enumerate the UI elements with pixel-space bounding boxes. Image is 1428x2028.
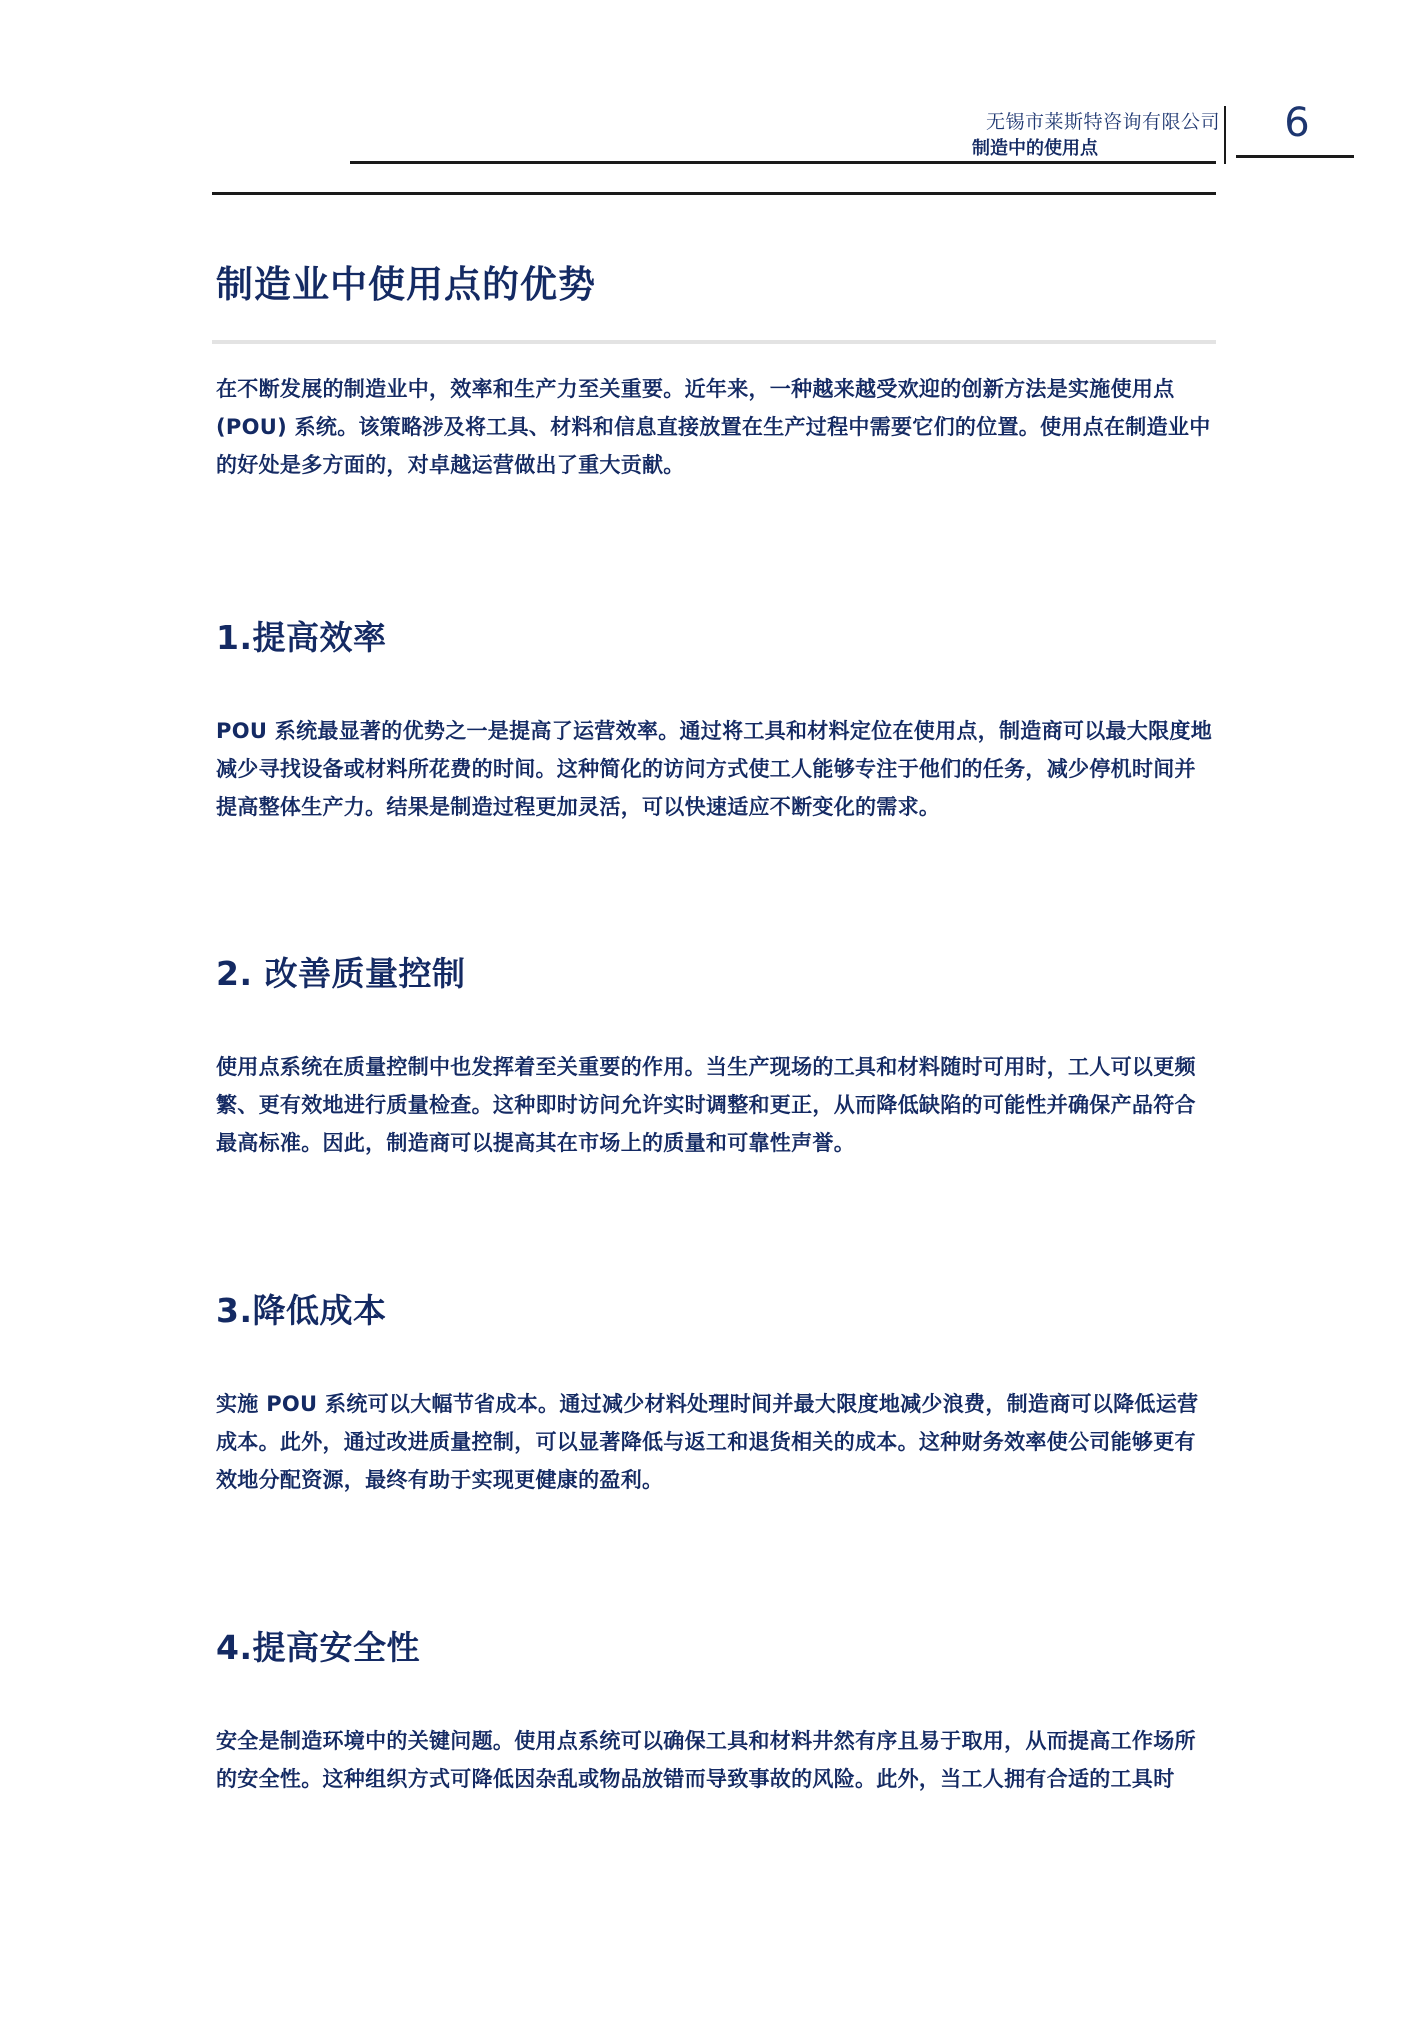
- section-body-efficiency: POU 系统最显著的优势之一是提高了运营效率。通过将工具和材料定位在使用点，制造…: [216, 712, 1216, 826]
- header-divider-top: [350, 161, 1216, 164]
- intro-paragraph: 在不断发展的制造业中，效率和生产力至关重要。近年来，一种越来越受欢迎的创新方法是…: [216, 370, 1216, 484]
- section-body-quality: 使用点系统在质量控制中也发挥着至关重要的作用。当生产现场的工具和材料随时可用时，…: [216, 1048, 1216, 1162]
- header-document-title: 制造中的使用点: [972, 134, 1098, 160]
- header-company-name: 无锡市莱斯特咨询有限公司: [986, 107, 1220, 134]
- section-heading-efficiency: 1.提高效率: [216, 612, 387, 659]
- title-divider: [212, 340, 1216, 344]
- section-heading-safety: 4.提高安全性: [216, 1622, 420, 1669]
- section-body-cost: 实施 POU 系统可以大幅节省成本。通过减少材料处理时间并最大限度地减少浪费，制…: [216, 1385, 1216, 1499]
- page-number: 6: [1236, 100, 1358, 146]
- header-divider-bottom: [212, 192, 1216, 195]
- page-title: 制造业中使用点的优势: [216, 254, 596, 308]
- section-heading-cost: 3.降低成本: [216, 1285, 387, 1332]
- section-body-safety: 安全是制造环境中的关键问题。使用点系统可以确保工具和材料井然有序且易于取用，从而…: [216, 1722, 1216, 1798]
- header-vertical-separator: [1224, 106, 1226, 164]
- page-number-underline: [1236, 155, 1354, 158]
- section-heading-quality: 2. 改善质量控制: [216, 948, 466, 995]
